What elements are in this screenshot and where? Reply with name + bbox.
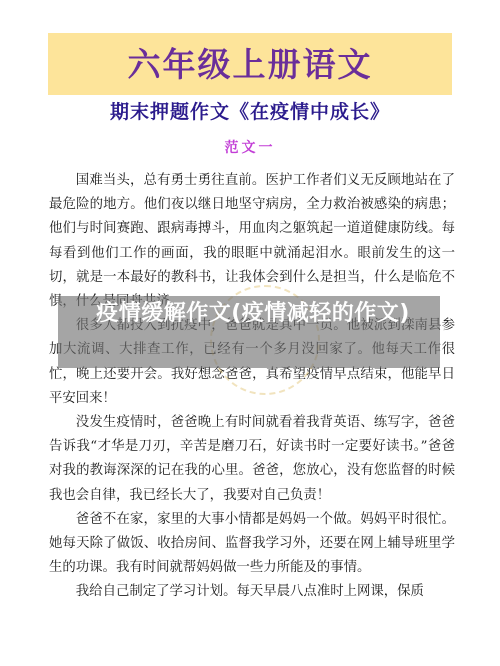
essay-body: 国难当头，总有勇士勇往直前。医护工作者们义无反顾地站在了最危险的地方。他们夜以继… xyxy=(49,169,455,605)
header-title: 六年级上册语文 xyxy=(128,48,373,81)
essay-paragraph: 国难当头，总有勇士勇往直前。医护工作者们义无反顾地站在了最危险的地方。他们夜以继… xyxy=(49,169,455,314)
essay-paragraph: 没发生疫情时，爸爸晚上有时间就看着我背英语、练写字，爸爸告诉我“才华是刀刃，辛苦… xyxy=(49,411,455,508)
essay-subtitle: 期末押题作文《在疫情中成长》 xyxy=(0,101,500,123)
document-page: 六年级上册语文 期末押题作文《在疫情中成长》 范文一 国难当头，总有勇士勇往直前… xyxy=(0,0,500,666)
header-band: 六年级上册语文 xyxy=(48,33,452,95)
overlay-title: 疫情缓解作文(疫情减轻的作文) xyxy=(68,300,438,328)
section-label: 范文一 xyxy=(0,139,500,157)
essay-paragraph: 爸爸不在家，家里的大事小情都是妈妈一个做。妈妈平时很忙。她每天除了做饭、收拾房间… xyxy=(49,508,455,581)
essay-paragraph: 我给自己制定了学习计划。每天早晨八点准时上网课，保质 xyxy=(49,580,455,604)
